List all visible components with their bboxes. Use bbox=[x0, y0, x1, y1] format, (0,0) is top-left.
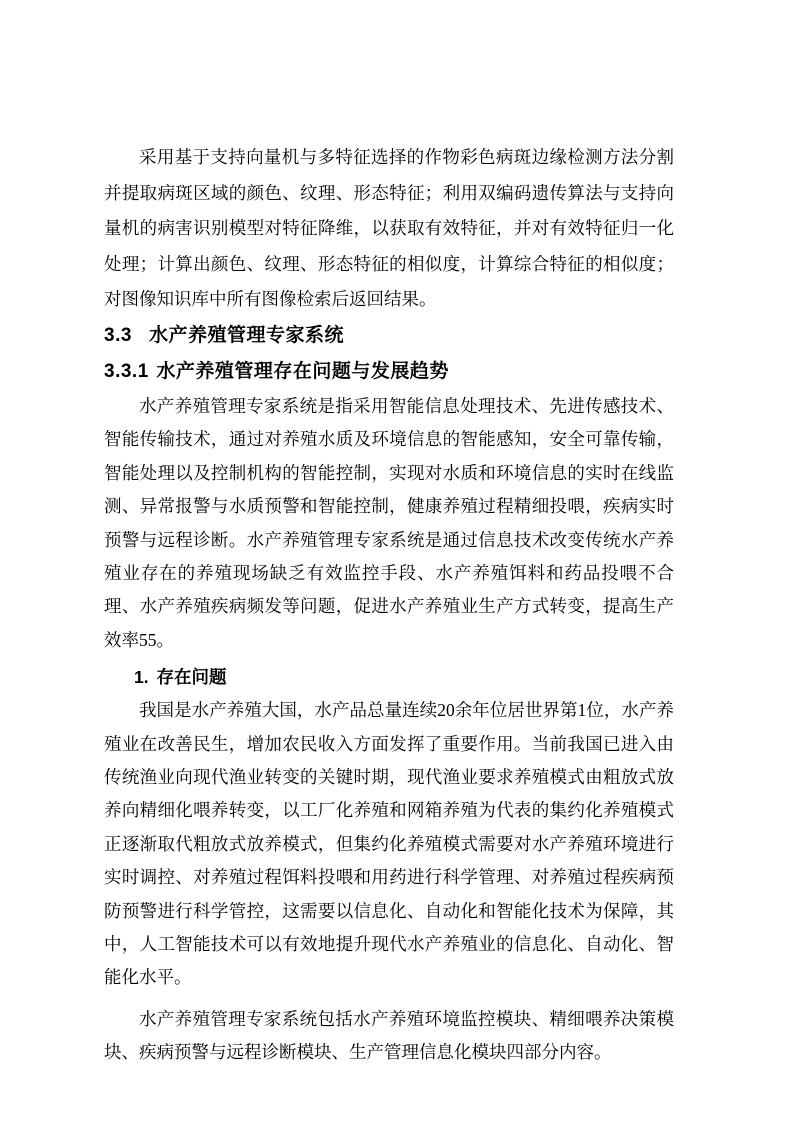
section-number-3-3: 3.3 bbox=[104, 325, 132, 346]
section-number-3-3-1: 3.3.1 bbox=[104, 361, 149, 382]
section-heading-3-3: 3.3水产养殖管理专家系统 bbox=[104, 318, 674, 354]
paragraph-expert-system-modules: 水产养殖管理专家系统包括水产养殖环境监控模块、精细喂养决策模块、疾病预警与远程诊… bbox=[104, 1003, 674, 1070]
paragraph-expert-system-definition: 水产养殖管理专家系统是指采用智能信息处理技术、先进传感技术、智能传输技术，通过对… bbox=[104, 390, 674, 657]
list-heading-title: 存在问题 bbox=[156, 667, 226, 687]
section-title-3-3: 水产养殖管理专家系统 bbox=[149, 325, 344, 346]
document-page: 采用基于支持向量机与多特征选择的作物彩色病斑边缘检测方法分割并提取病斑区域的颜色… bbox=[0, 0, 795, 1123]
section-heading-3-3-1: 3.3.1水产养殖管理存在问题与发展趋势 bbox=[104, 354, 674, 390]
paragraph-aquaculture-status: 我国是水产养殖大国，水产品总量连续20余年位居世界第1位，水产养殖业在改善民生，… bbox=[104, 694, 674, 995]
list-heading-number: 1. bbox=[134, 667, 149, 687]
list-heading-existing-problems: 1.存在问题 bbox=[104, 661, 674, 694]
document-content: 采用基于支持向量机与多特征选择的作物彩色病斑边缘检测方法分割并提取病斑区域的颜色… bbox=[104, 140, 674, 1070]
section-title-3-3-1: 水产养殖管理存在问题与发展趋势 bbox=[156, 361, 449, 382]
paragraph-disease-spot-feature-method: 采用基于支持向量机与多特征选择的作物彩色病斑边缘检测方法分割并提取病斑区域的颜色… bbox=[104, 140, 674, 318]
